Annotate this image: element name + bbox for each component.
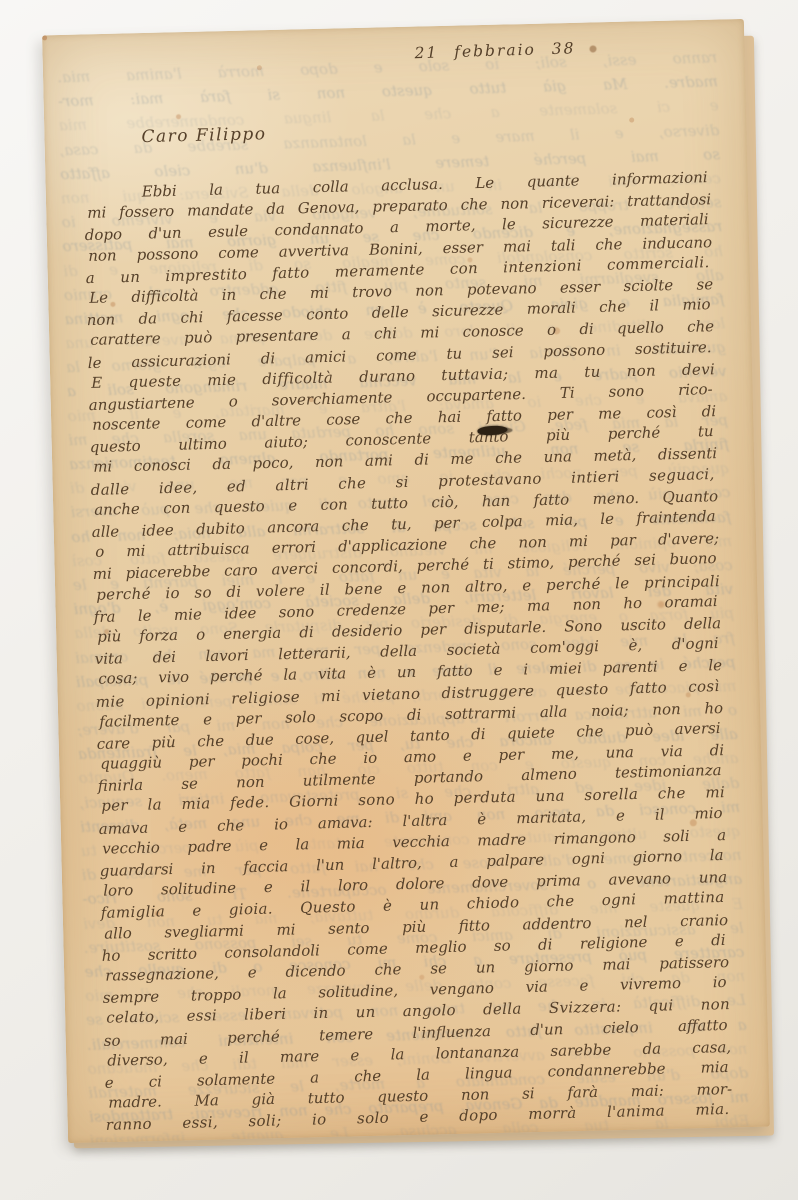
letter-sheet: ranno essi, soli; io solo e dopo morrà l… (42, 19, 770, 1143)
date-line: 21 febbraio 38 (414, 39, 575, 62)
photograph-backdrop: ranno essi, soli; io solo e dopo morrà l… (0, 0, 798, 1200)
letter-body: Ebbi la tua colla acclusa. Le quante inf… (86, 168, 732, 1136)
bleedthrough-line: madre. Ma già tutto questo non si farà m… (58, 69, 718, 113)
salutation: Caro Filippo (141, 124, 266, 147)
bleedthrough-line: ranno essi, soli; io solo e dopo morrà l… (57, 45, 717, 89)
foxing-spots (42, 35, 47, 40)
